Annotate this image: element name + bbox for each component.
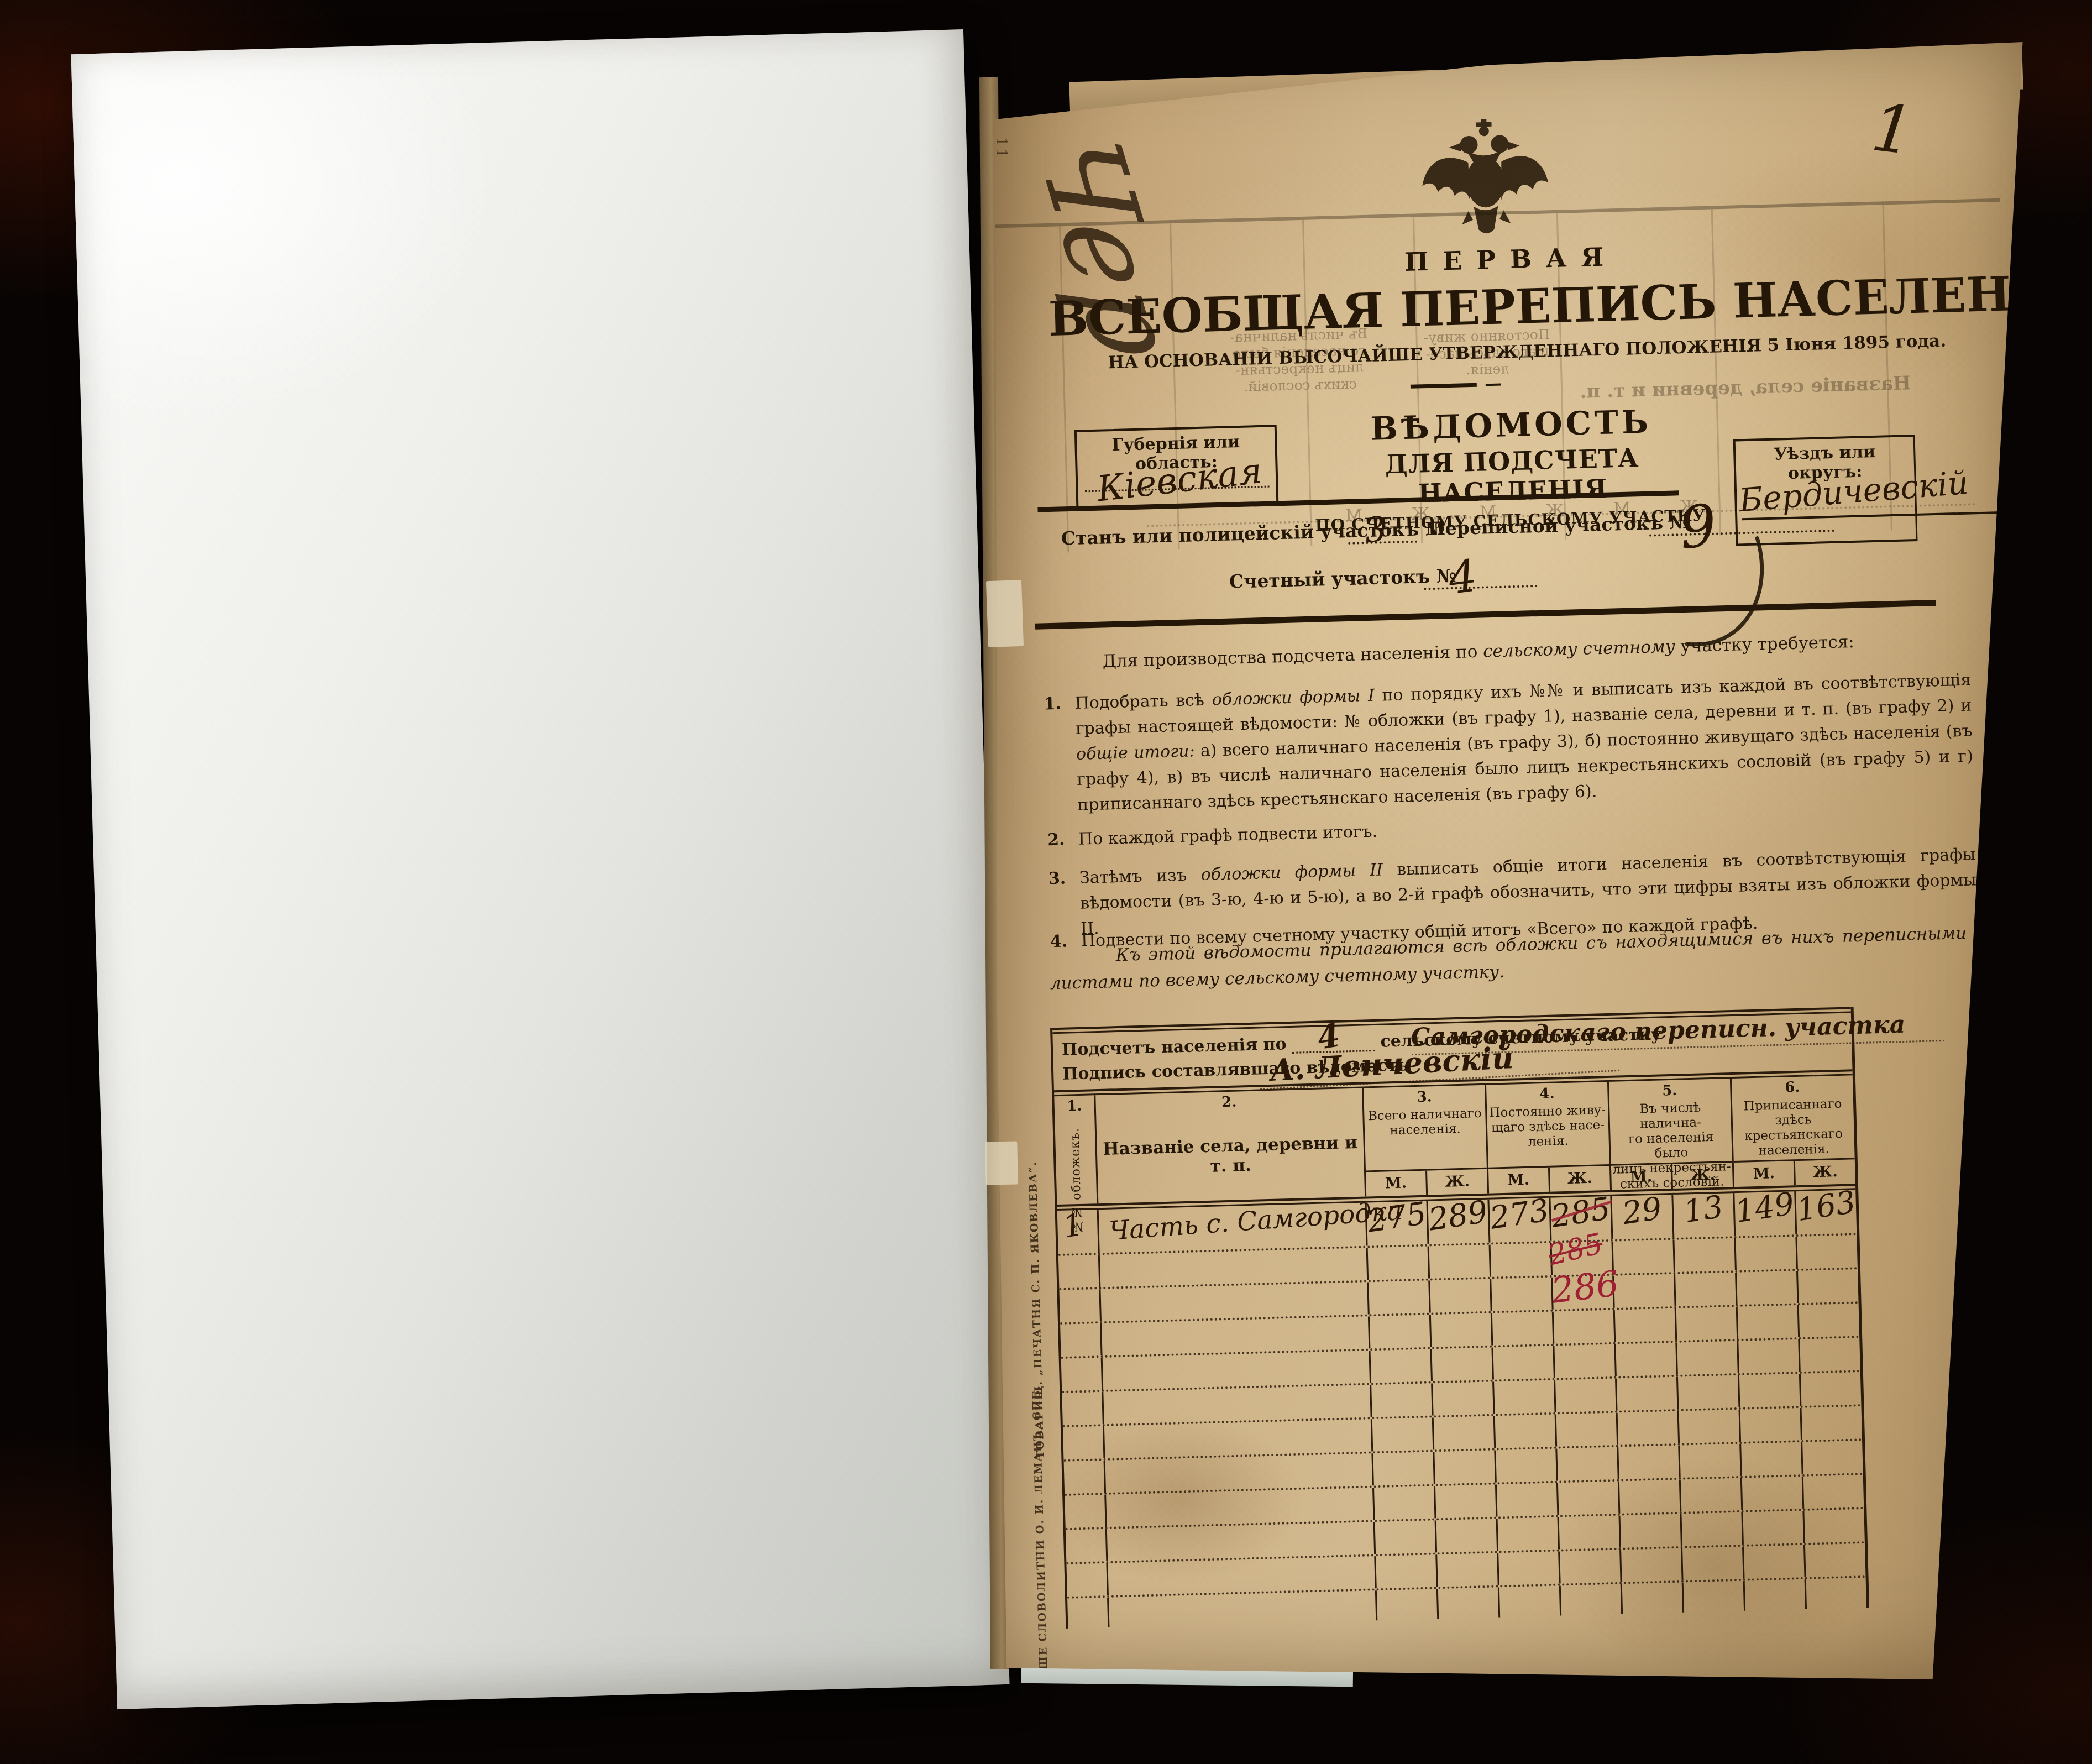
empty-cell (1374, 1554, 1436, 1588)
empty-cell (1428, 1245, 1490, 1279)
empty-cell (1065, 1495, 1105, 1528)
empty-cell (1742, 1545, 1804, 1579)
item-text: Затѣмъ изъ (1079, 865, 1202, 888)
empty-cell (1059, 1289, 1099, 1322)
empty-cell (1104, 1488, 1373, 1527)
header-col-3: 3. Всего наличнаго населенія. М.Ж. (1362, 1085, 1487, 1197)
column-number: 3. (1364, 1085, 1485, 1107)
handwritten-value: 13 (1671, 1187, 1736, 1232)
empty-cell (1496, 1517, 1558, 1551)
empty-cell (1492, 1380, 1554, 1414)
empty-cell (1798, 1338, 1860, 1372)
column-number: 4. (1486, 1082, 1608, 1104)
item-text: а) всего наличнаго населенія (въ графу 3… (1077, 721, 1973, 814)
empty-cell (1103, 1419, 1371, 1458)
handwritten-value: 149 (1733, 1186, 1797, 1230)
male-header: М. (1488, 1168, 1549, 1194)
empty-cell (1677, 1410, 1739, 1443)
empty-cell (1099, 1282, 1367, 1321)
empty-cell (1062, 1392, 1102, 1425)
empty-cell (1498, 1586, 1560, 1618)
cell-value: 13 (1671, 1193, 1734, 1238)
empty-cell (1554, 1379, 1616, 1412)
intro-text: Для производства подсчета населенія по (1102, 642, 1483, 672)
sex-subheader: М.Ж. (1734, 1158, 1855, 1187)
empty-cell (1795, 1235, 1857, 1269)
table-header: 1. №№ обложекъ. 2. Названіе села, деревн… (1054, 1075, 1855, 1205)
empty-cell (1734, 1237, 1796, 1270)
empty-cell (1497, 1552, 1559, 1585)
empty-cell (1104, 1453, 1372, 1493)
empty-cell (1735, 1271, 1797, 1305)
male-header: М. (1366, 1171, 1426, 1197)
intro-text: участку требуется: (1675, 632, 1854, 656)
empty-cell (1799, 1372, 1861, 1406)
empty-cell (1674, 1273, 1736, 1306)
sex-subheader: М.Ж. (1366, 1168, 1487, 1197)
empty-cell (1682, 1581, 1744, 1613)
empty-cell (1369, 1349, 1431, 1383)
count-area-handwritten-number: 4 (1445, 550, 1480, 605)
female-header: Ж. (1548, 1166, 1610, 1192)
female-header: Ж. (1794, 1159, 1855, 1185)
handwritten-value: 289 (1426, 1194, 1490, 1238)
female-header: Ж. (1425, 1169, 1487, 1195)
empty-cell (1430, 1348, 1492, 1381)
count-area-label: Счетный участокъ № (1229, 565, 1457, 593)
empty-cell (1105, 1522, 1374, 1561)
item-text: Подобрать всѣ (1074, 690, 1212, 713)
empty-cell (1494, 1449, 1556, 1483)
empty-cell (1432, 1416, 1494, 1450)
empty-cell (1555, 1413, 1617, 1447)
empty-cell (1067, 1598, 1108, 1629)
handwritten-row-number: 1 (1060, 1204, 1100, 1245)
imperial-eagle-icon (1417, 116, 1553, 241)
group-header: Постоянно живу- щаго здѣсь насе- ленія. (1487, 1103, 1609, 1151)
empty-cell (1617, 1446, 1679, 1479)
empty-cell (1435, 1553, 1497, 1587)
empty-cell (1373, 1520, 1435, 1554)
male-header: М. (1734, 1161, 1794, 1187)
empty-cell (1102, 1385, 1370, 1424)
empty-cell (1619, 1548, 1681, 1582)
empty-cell (1367, 1281, 1429, 1315)
empty-cell (1555, 1447, 1617, 1481)
caption-label: Подсчетъ населенія по (1062, 1034, 1287, 1060)
column-number: 1. (1054, 1095, 1094, 1115)
ghost-name-header: Названіе села, деревни и т. п. (1580, 372, 1911, 403)
empty-cell (1672, 1238, 1734, 1272)
tape-patch (985, 1141, 1018, 1185)
instructions-intro: Для производства подсчета населенія по с… (1041, 629, 1970, 673)
cell-value: 275 (1365, 1201, 1428, 1246)
empty-cell (1736, 1305, 1798, 1339)
item-italic: общіе итоги: (1076, 741, 1195, 764)
empty-cell (1681, 1547, 1743, 1580)
empty-cell (1612, 1274, 1674, 1308)
population-count-table: Подсчетъ населенія по4сельскому счетному… (1050, 1007, 1869, 1629)
empty-cell (1675, 1341, 1737, 1375)
male-header: М. (1611, 1164, 1671, 1190)
empty-cell (1063, 1426, 1103, 1459)
province-box: Губернія или область: Кіевская (1074, 425, 1279, 509)
column-number: 6. (1732, 1075, 1853, 1097)
item-number: 1. (1044, 692, 1062, 718)
empty-cell (1805, 1578, 1866, 1609)
sheet-content: Названіе села, деревни и т. п. Постоянно… (973, 7, 2050, 1681)
empty-cell (1618, 1480, 1680, 1514)
group-header: Приписаннаго здѣсь крестьянскаго населен… (1732, 1096, 1855, 1159)
empty-cell (1676, 1375, 1738, 1409)
empty-cell (1107, 1590, 1376, 1627)
empty-cell (1370, 1384, 1432, 1417)
group-header: Всего наличнаго населенія. (1364, 1106, 1486, 1139)
header-col-5: 5. Въ числѣ налична- го населенія было л… (1607, 1079, 1733, 1190)
blank-left-page (71, 29, 1010, 1709)
empty-cell (1737, 1339, 1799, 1373)
archival-photo: 11 Названіе села, деревни и т. п. Постоя… (0, 0, 2092, 1764)
empty-cell (1368, 1315, 1430, 1349)
cell-value: 163 (1794, 1190, 1857, 1234)
empty-cell (1371, 1452, 1433, 1485)
red-ink-correction: 285 286 (1548, 1232, 1619, 1309)
cell-value: 29 (1610, 1195, 1672, 1239)
empty-cell (1739, 1442, 1801, 1476)
item-text: По каждой графѣ подвести итогъ. (1078, 822, 1378, 849)
column-number: 5. (1609, 1079, 1731, 1101)
empty-cell (1552, 1310, 1614, 1344)
header-col-6: 6. Приписаннаго здѣсь крестьянскаго насе… (1730, 1075, 1855, 1187)
item-italic: обложки формы I (1212, 686, 1375, 710)
empty-cell (1558, 1550, 1620, 1584)
handwritten-value: 163 (1794, 1184, 1858, 1228)
tape-patch (986, 580, 1024, 647)
empty-cell (1618, 1514, 1680, 1548)
header-col-4: 4. Постоянно живу- щаго здѣсь насе- лені… (1485, 1082, 1610, 1194)
empty-cell (1615, 1377, 1677, 1411)
cell-value: 273 (1487, 1198, 1550, 1243)
empty-cell (1428, 1279, 1490, 1313)
empty-cell (1372, 1486, 1434, 1520)
empty-cell (1375, 1589, 1437, 1620)
cell-value: 149 (1733, 1191, 1795, 1236)
empty-cell (1066, 1563, 1107, 1597)
empty-cell (1621, 1583, 1682, 1614)
empty-cell (1431, 1382, 1493, 1416)
sex-subheader: М.Ж. (1488, 1164, 1610, 1194)
empty-cell (1493, 1415, 1555, 1448)
handwritten-value: 29 (1610, 1189, 1674, 1233)
empty-cell (1100, 1316, 1369, 1355)
header-col-1: 1. №№ обложекъ. (1054, 1095, 1097, 1205)
empty-cell (1802, 1509, 1864, 1543)
empty-cell (1680, 1512, 1742, 1546)
empty-cell (1558, 1516, 1619, 1550)
empty-cell (1616, 1411, 1678, 1445)
empty-cell (1101, 1351, 1370, 1390)
item-number: 2. (1047, 828, 1066, 854)
empty-cell (1741, 1511, 1803, 1545)
empty-cell (1429, 1313, 1491, 1347)
empty-cell (1556, 1482, 1618, 1515)
empty-cell (1613, 1308, 1675, 1342)
empty-cell (1797, 1304, 1859, 1337)
corrected-value: 286 (1549, 1263, 1621, 1311)
intro-italic: сельскому счетному (1483, 637, 1675, 662)
empty-cell (1678, 1444, 1740, 1478)
empty-cell (1491, 1346, 1553, 1380)
empty-cell (1679, 1478, 1741, 1512)
empty-cell (1796, 1269, 1858, 1303)
empty-cell (1371, 1417, 1433, 1451)
empty-cell (1803, 1543, 1865, 1577)
empty-cell (1738, 1374, 1800, 1407)
empty-cell (1366, 1247, 1428, 1280)
empty-cell (1559, 1584, 1621, 1616)
empty-cell (1106, 1556, 1375, 1595)
empty-cell (1675, 1307, 1737, 1341)
header-col-2: 2. Названіе села, деревни и т. п. (1094, 1088, 1365, 1204)
page-number: 1 (1868, 89, 1917, 170)
item-number: 3. (1048, 866, 1066, 892)
empty-cell (1614, 1343, 1676, 1376)
col2-header: Названіе села, деревни и т. п. (1097, 1133, 1364, 1180)
empty-cell (1066, 1529, 1106, 1562)
empty-cell (1434, 1485, 1496, 1519)
empty-cell (1612, 1240, 1674, 1274)
empty-cell (1740, 1477, 1802, 1510)
empty-cell (1802, 1475, 1864, 1509)
empty-cell (1436, 1587, 1498, 1619)
empty-cell (1064, 1461, 1104, 1494)
empty-cell (1800, 1406, 1862, 1440)
female-header: Ж. (1671, 1163, 1733, 1189)
empty-cell (1490, 1278, 1551, 1311)
empty-cell (1495, 1483, 1557, 1517)
empty-cell (1098, 1248, 1367, 1287)
empty-cell (1801, 1441, 1863, 1474)
empty-cell (1553, 1344, 1614, 1378)
empty-cell (1061, 1358, 1102, 1391)
handwritten-value: 273 (1487, 1192, 1551, 1237)
item-italic: обложки формы II (1200, 860, 1383, 884)
empty-cell (1433, 1451, 1495, 1484)
cell-value: 289 (1426, 1200, 1488, 1244)
cell-row-number: 1 (1057, 1210, 1098, 1254)
cell-settlement-name: Часть с. Самгородка (1097, 1203, 1366, 1253)
instruction-item-1: 1.Подобрать всѣ обложки формы I по поряд… (1042, 668, 1974, 819)
empty-cell (1743, 1579, 1805, 1611)
empty-cell (1058, 1255, 1099, 1288)
empty-cell (1491, 1312, 1553, 1346)
empty-cell (1739, 1408, 1801, 1442)
empty-cell (1435, 1519, 1497, 1553)
empty-cell (1489, 1243, 1551, 1277)
census-form-sheet: Названіе села, деревни и т. п. Постоянно… (992, 32, 2027, 1679)
cliche-imprint: КЛИШЕ СЛОВОЛИТНИ О. И. ЛЕМАНЪ, СПБ. (1030, 1385, 1051, 1702)
sex-subheader: М.Ж. (1611, 1161, 1733, 1190)
spine-handwritten-mark: 11 (993, 137, 1009, 160)
empty-cell (1060, 1323, 1100, 1357)
